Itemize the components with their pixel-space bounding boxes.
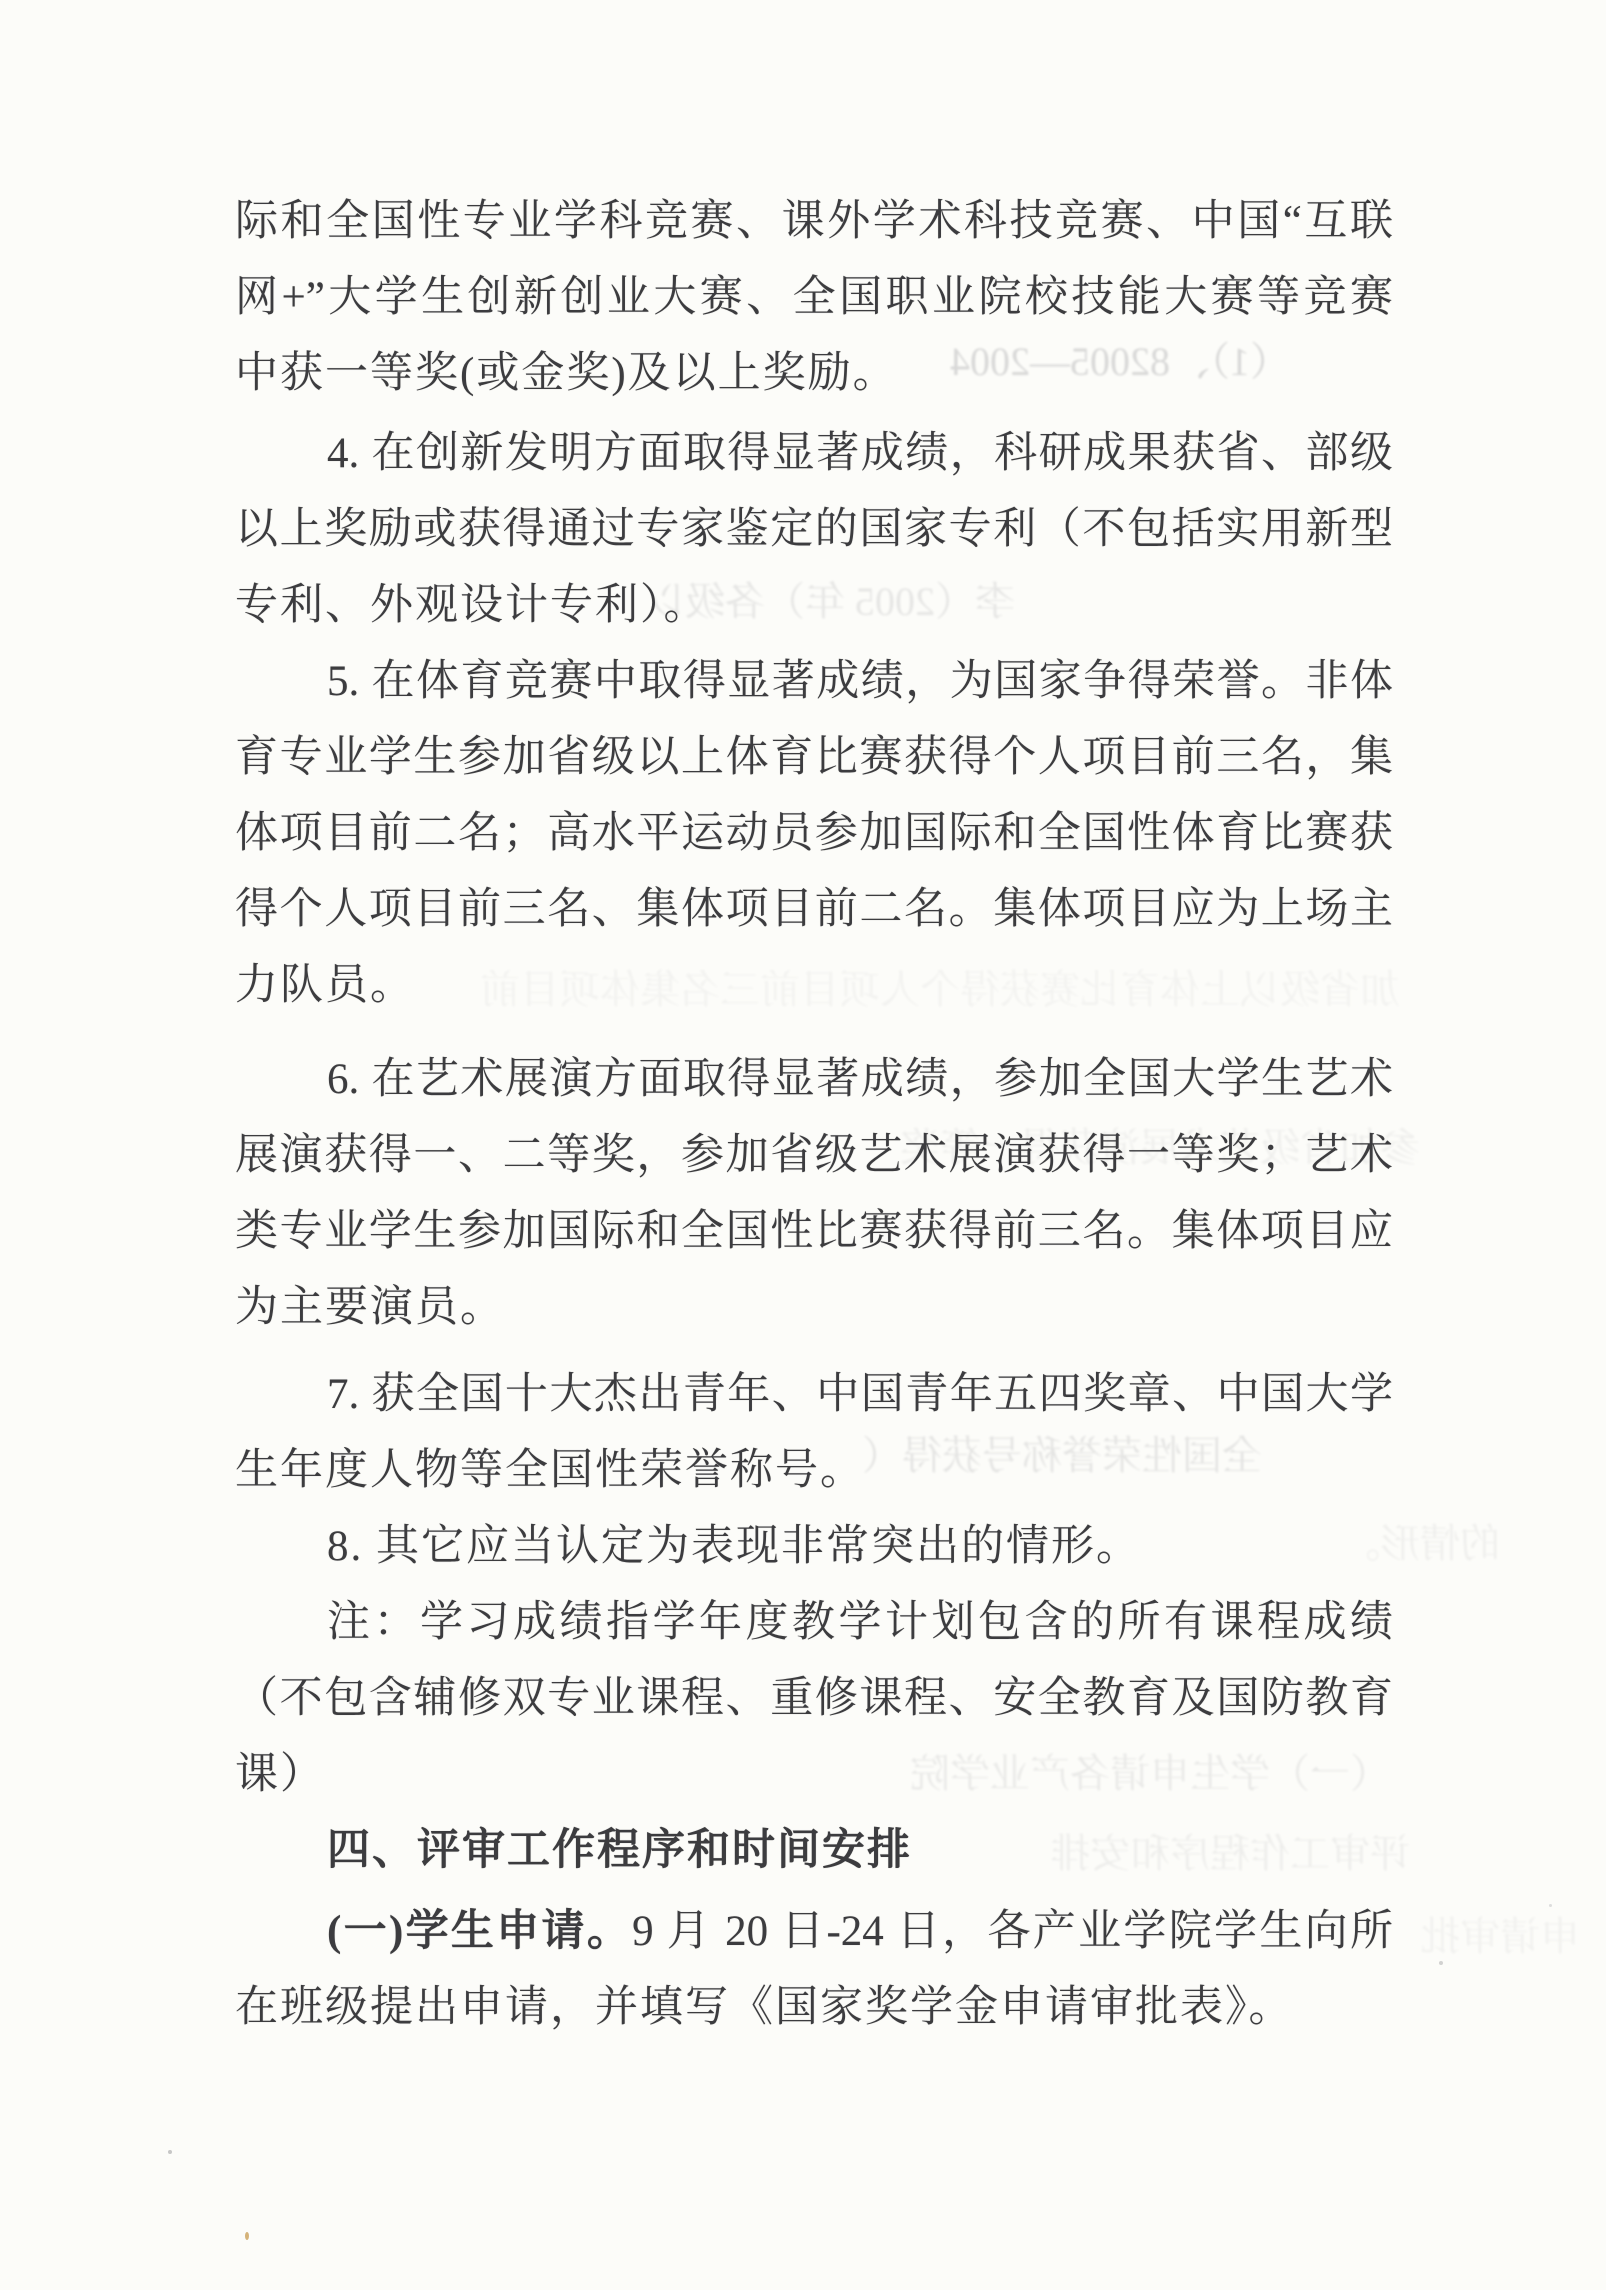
text-line: 为主要演员。 — [235, 1270, 1393, 1346]
text-line: 专利、外观设计专利）。 — [235, 568, 1393, 644]
para-item4-innovation: 4. 在创新发明方面取得显著成绩，科研成果获省、部级 以上奖励或获得通过专家鉴定… — [235, 416, 1393, 644]
para-competition-awards-continued: 际和全国性专业学科竞赛、课外学术科技竞赛、中国“互联 网+”大学生创新创业大赛、… — [235, 184, 1393, 412]
scan-speck — [245, 2232, 249, 2240]
text-line: 育专业学生参加省级以上体育比赛获得个人项目前三名，集 — [235, 720, 1393, 796]
heading-section4-review-procedure: 四、评审工作程序和时间安排 — [235, 1813, 1393, 1889]
section-heading: 四、评审工作程序和时间安排 — [235, 1813, 1393, 1889]
text-line: 生年度人物等全国性荣誉称号。 — [235, 1433, 1393, 1509]
text-line: 8. 其它应当认定为表现非常突出的情形。 — [235, 1509, 1393, 1585]
text-line: 得个人项目前三名、集体项目前二名。集体项目应为上场主 — [235, 872, 1393, 948]
text-line: 注：学习成绩指学年度教学计划包含的所有课程成绩 — [235, 1585, 1393, 1661]
text-line: 体项目前二名；高水平运动员参加国际和全国性体育比赛获 — [235, 796, 1393, 872]
text-line: 展演获得一、二等奖，参加省级艺术展演获得一等奖；艺术 — [235, 1118, 1393, 1194]
text-line: 4. 在创新发明方面取得显著成绩，科研成果获省、部级 — [235, 416, 1393, 492]
text-line: 5. 在体育竞赛中取得显著成绩，为国家争得荣誉。非体 — [235, 644, 1393, 720]
text-line: 网+”大学生创新创业大赛、全国职业院校技能大赛等竞赛 — [235, 260, 1393, 336]
text-line: 课） — [235, 1737, 1393, 1813]
document-body: 际和全国性专业学科竞赛、课外学术科技竞赛、中国“互联 网+”大学生创新创业大赛、… — [235, 184, 1393, 2046]
para-item7-honors: 7. 获全国十大杰出青年、中国青年五四奖章、中国大学 生年度人物等全国性荣誉称号… — [235, 1357, 1393, 1509]
para-item5-sports: 5. 在体育竞赛中取得显著成绩，为国家争得荣誉。非体 育专业学生参加省级以上体育… — [235, 644, 1393, 1024]
para-item8-other: 8. 其它应当认定为表现非常突出的情形。 — [235, 1509, 1393, 1585]
scanned-page: （1）、82005—2004 李（2005 年）各级以上（十） 加省级以上体育比… — [0, 0, 1606, 2290]
scan-speck — [1549, 1904, 1552, 1907]
run-bold-student-application: (一)学生申请。 — [327, 1908, 632, 1955]
run-text: 9 月 20 日-24 日，各产业学院学生向所 — [632, 1908, 1393, 1955]
scan-speck — [1439, 1961, 1443, 1965]
scan-speck — [168, 2150, 172, 2154]
para-student-application: (一)学生申请。9 月 20 日-24 日，各产业学院学生向所 在班级提出申请，… — [235, 1894, 1393, 2046]
text-line: 在班级提出申请，并填写《国家奖学金申请审批表》。 — [235, 1970, 1393, 2046]
text-line: 以上奖励或获得通过专家鉴定的国家专利（不包括实用新型 — [235, 492, 1393, 568]
text-line: (一)学生申请。9 月 20 日-24 日，各产业学院学生向所 — [235, 1894, 1393, 1970]
text-line: 中获一等奖(或金奖)及以上奖励。 — [235, 336, 1393, 412]
text-line: 7. 获全国十大杰出青年、中国青年五四奖章、中国大学 — [235, 1357, 1393, 1433]
para-note-grades: 注：学习成绩指学年度教学计划包含的所有课程成绩 （不包含辅修双专业课程、重修课程… — [235, 1585, 1393, 1813]
para-item6-arts: 6. 在艺术展演方面取得显著成绩，参加全国大学生艺术 展演获得一、二等奖，参加省… — [235, 1042, 1393, 1346]
text-line: 类专业学生参加国际和全国性比赛获得前三名。集体项目应 — [235, 1194, 1393, 1270]
text-line: 力队员。 — [235, 948, 1393, 1024]
text-line: 6. 在艺术展演方面取得显著成绩，参加全国大学生艺术 — [235, 1042, 1393, 1118]
text-line: 际和全国性专业学科竞赛、课外学术科技竞赛、中国“互联 — [235, 184, 1393, 260]
text-line: （不包含辅修双专业课程、重修课程、安全教育及国防教育 — [235, 1661, 1393, 1737]
